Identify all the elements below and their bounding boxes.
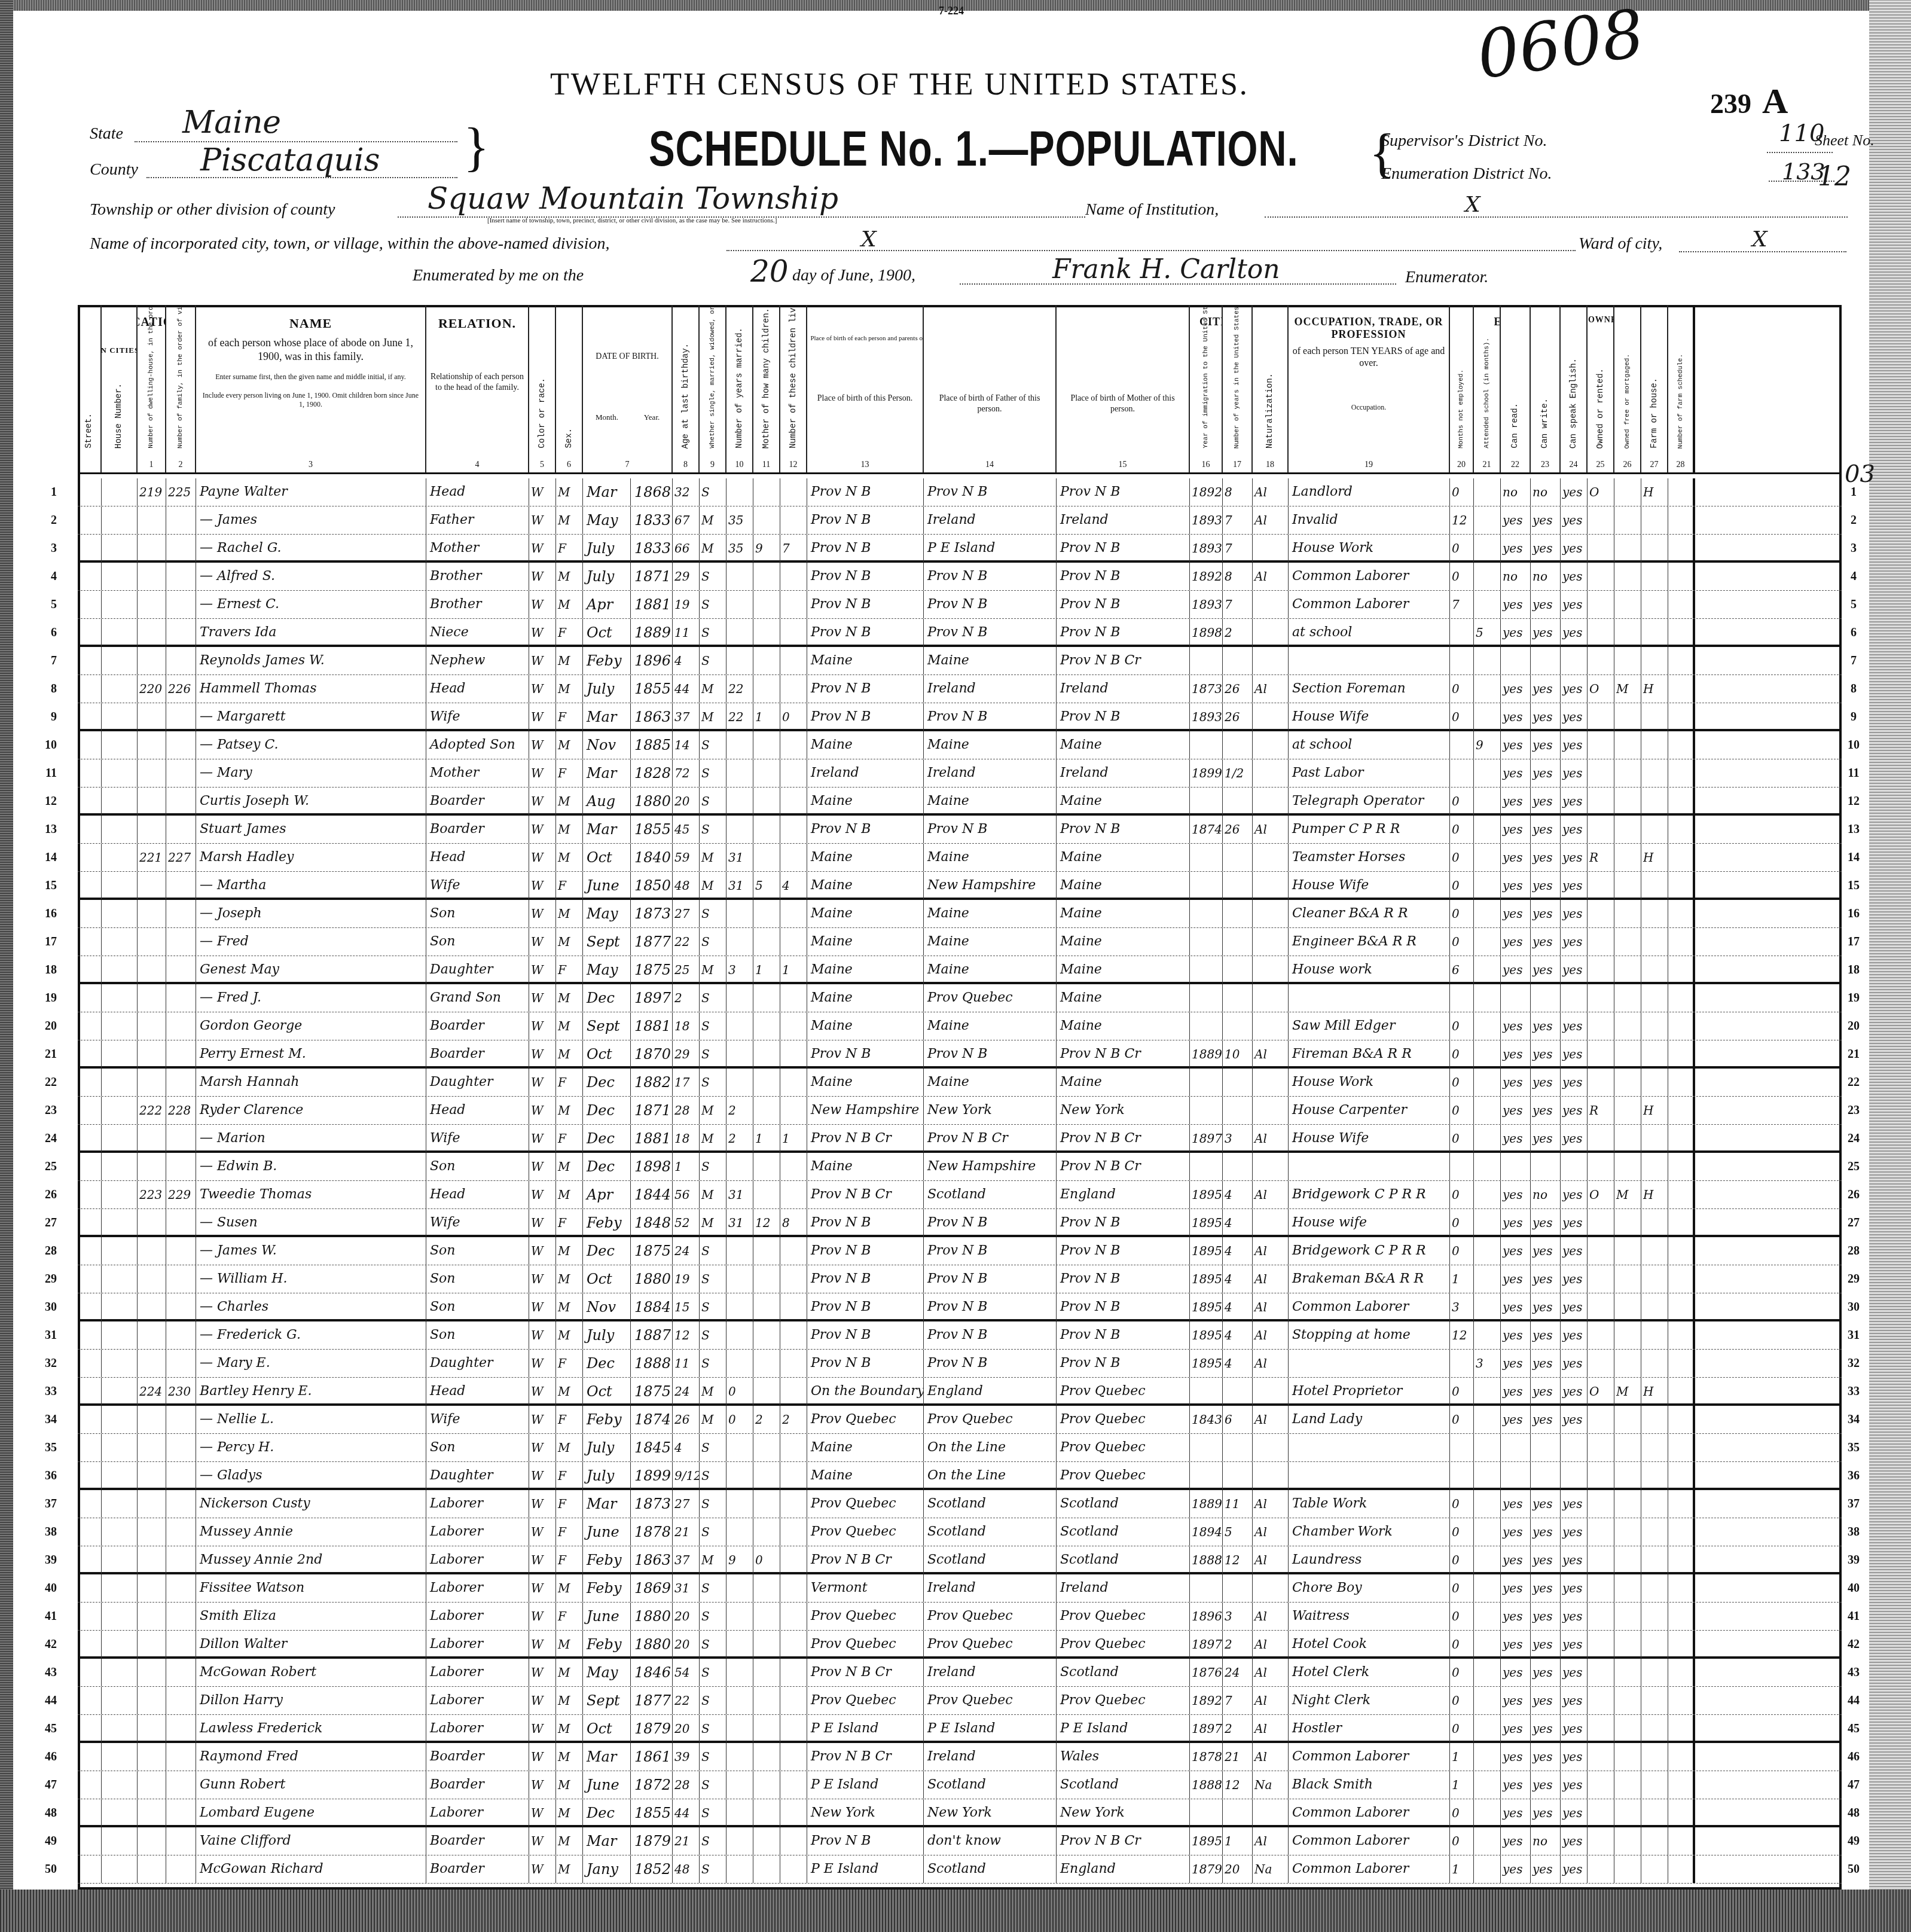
birthplace-father-cell: Ireland xyxy=(924,1743,1057,1771)
farm-schedule-cell xyxy=(1668,1293,1695,1321)
owned-rented-cell xyxy=(1588,1153,1614,1180)
table-row: 50McGowan RichardBoarderWMJany185248SP E… xyxy=(78,1855,1842,1884)
age-cell: 11 xyxy=(673,619,700,646)
dwelling-number-cell xyxy=(138,1799,166,1827)
mother-of-cell xyxy=(753,1603,780,1630)
can-write-cell: yes xyxy=(1531,619,1561,646)
years-married-cell xyxy=(726,788,753,815)
table-row: 22Marsh HannahDaughterWFDec188217SMaineM… xyxy=(78,1069,1842,1097)
marital-status-cell: S xyxy=(700,1237,726,1265)
birth-year-cell: 1870 xyxy=(631,1040,673,1068)
months-unemployed-cell xyxy=(1450,647,1474,674)
occupation-cell: Laundress xyxy=(1289,1546,1450,1574)
line-number-right: 7 xyxy=(1839,647,1869,674)
immigration-year-cell xyxy=(1190,1153,1223,1180)
farm-or-house-cell xyxy=(1641,1631,1668,1658)
occupation-cell: House Wife xyxy=(1289,1125,1450,1152)
marital-status-cell: S xyxy=(700,759,726,787)
marital-status-cell: S xyxy=(700,900,726,927)
birth-year-cell: 1881 xyxy=(631,591,673,618)
relation-cell: Boarder xyxy=(426,1012,529,1040)
age-cell: 20 xyxy=(673,1603,700,1630)
farm-schedule-cell xyxy=(1668,1434,1695,1461)
header-relation: RELATION.Relationship of each person to … xyxy=(426,305,529,472)
owned-free-cell xyxy=(1614,1659,1641,1686)
street-cell xyxy=(78,1012,102,1040)
age-cell: 25 xyxy=(673,956,700,984)
years-in-us-cell: 10 xyxy=(1223,1040,1253,1068)
farm-schedule-cell xyxy=(1668,1715,1695,1742)
family-number-cell xyxy=(166,1462,196,1490)
sex-cell: M xyxy=(556,928,583,956)
state-label: State xyxy=(90,124,123,144)
can-write-cell: yes xyxy=(1531,872,1561,899)
sex-cell: M xyxy=(556,731,583,759)
naturalization-cell xyxy=(1253,759,1289,787)
owned-rented-cell xyxy=(1588,1715,1614,1742)
owned-rented-cell: R xyxy=(1588,844,1614,871)
farm-or-house-cell xyxy=(1641,928,1668,956)
mother-of-cell xyxy=(753,759,780,787)
immigration-year-cell xyxy=(1190,1799,1223,1827)
birth-month-cell: June xyxy=(583,1603,631,1630)
birthplace-mother-cell: Maine xyxy=(1057,956,1190,984)
person-name-cell: — Alfred S. xyxy=(196,563,426,590)
birthplace-father-cell: don't know xyxy=(924,1827,1057,1855)
naturalization-cell: Al xyxy=(1253,1406,1289,1433)
naturalization-cell: Al xyxy=(1253,1293,1289,1321)
naturalization-cell xyxy=(1253,956,1289,984)
months-unemployed-cell: 0 xyxy=(1450,1237,1474,1265)
birth-month-cell: Feby xyxy=(583,1574,631,1602)
years-married-cell: 31 xyxy=(726,844,753,871)
can-read-cell: yes xyxy=(1501,872,1531,899)
occupation-cell xyxy=(1289,647,1450,674)
naturalization-cell: Na xyxy=(1253,1771,1289,1799)
marital-status-cell: M xyxy=(700,1125,726,1152)
birthplace-mother-cell: Prov N B xyxy=(1057,816,1190,843)
naturalization-cell xyxy=(1253,731,1289,759)
relation-cell: Son xyxy=(426,1293,529,1321)
sex-cell: M xyxy=(556,816,583,843)
dwelling-number-cell xyxy=(138,788,166,815)
marital-status-cell: S xyxy=(700,1659,726,1686)
table-row: 33224230Bartley Henry E.HeadWMOct187524M… xyxy=(78,1378,1842,1406)
attended-school-cell xyxy=(1474,647,1501,674)
can-read-cell: no xyxy=(1501,478,1531,506)
dwelling-number-cell xyxy=(138,900,166,927)
birthplace-father-cell: England xyxy=(924,1378,1057,1405)
dwelling-number-cell xyxy=(138,1687,166,1714)
can-write-cell: no xyxy=(1531,563,1561,590)
farm-schedule-cell xyxy=(1668,956,1695,984)
dwelling-number-cell xyxy=(138,928,166,956)
institution-line xyxy=(1265,216,1848,218)
can-write-cell: yes xyxy=(1531,956,1561,984)
owned-rented-cell: O xyxy=(1588,478,1614,506)
house-number-cell xyxy=(102,1743,138,1771)
owned-rented-cell xyxy=(1588,1603,1614,1630)
street-cell xyxy=(78,703,102,731)
birth-month-cell: Dec xyxy=(583,1069,631,1096)
owned-rented-cell xyxy=(1588,1827,1614,1855)
can-read-cell: yes xyxy=(1501,928,1531,956)
street-cell xyxy=(78,759,102,787)
table-row: 7Reynolds James W.NephewWMFeby18964SMain… xyxy=(78,647,1842,675)
years-married-cell xyxy=(726,619,753,646)
line-number-right: 5 xyxy=(1839,591,1869,618)
person-name-cell: Mussey Annie 2nd xyxy=(196,1546,426,1574)
person-name-cell: Reynolds James W. xyxy=(196,647,426,674)
birth-year-cell: 1875 xyxy=(631,1378,673,1405)
can-write-cell: yes xyxy=(1531,591,1561,618)
months-unemployed-cell: 0 xyxy=(1450,1659,1474,1686)
mother-of-cell xyxy=(753,1855,780,1883)
can-read-cell: yes xyxy=(1501,1181,1531,1208)
years-married-cell xyxy=(726,1631,753,1658)
house-number-cell xyxy=(102,1265,138,1293)
age-cell: 59 xyxy=(673,844,700,871)
person-name-cell: Curtis Joseph W. xyxy=(196,788,426,815)
birthplace-person-cell: Maine xyxy=(807,928,924,956)
owned-free-cell xyxy=(1614,759,1641,787)
age-cell: 48 xyxy=(673,1855,700,1883)
children-living-cell xyxy=(780,1434,807,1461)
marital-status-cell: S xyxy=(700,928,726,956)
birth-year-cell: 1896 xyxy=(631,647,673,674)
relation-cell: Boarder xyxy=(426,1827,529,1855)
age-cell: 67 xyxy=(673,506,700,534)
line-number-left: 30 xyxy=(21,1293,57,1321)
can-read-cell xyxy=(1501,1153,1531,1180)
attended-school-cell xyxy=(1474,1462,1501,1490)
occupation-cell: Common Laborer xyxy=(1289,563,1450,590)
can-read-cell: yes xyxy=(1501,506,1531,534)
months-unemployed-cell xyxy=(1450,619,1474,646)
attended-school-cell xyxy=(1474,928,1501,956)
years-married-cell xyxy=(726,1012,753,1040)
census-title: TWELFTH CENSUS OF THE UNITED STATES. xyxy=(550,67,1249,102)
attended-school-cell xyxy=(1474,1855,1501,1883)
family-number-cell xyxy=(166,1490,196,1518)
farm-or-house-cell xyxy=(1641,1659,1668,1686)
birthplace-person-cell: Maine xyxy=(807,1434,924,1461)
relation-cell: Head xyxy=(426,1181,529,1208)
birthplace-father-cell: Prov N B xyxy=(924,619,1057,646)
relation-cell: Laborer xyxy=(426,1518,529,1546)
years-in-us-cell: 11 xyxy=(1223,1490,1253,1518)
color-cell: W xyxy=(529,1097,556,1124)
occupation-cell: House wife xyxy=(1289,1209,1450,1237)
owned-rented-cell xyxy=(1588,1293,1614,1321)
farm-or-house-cell xyxy=(1641,1406,1668,1433)
table-row: 29— William H.SonWMOct188019SProv N BPro… xyxy=(78,1265,1842,1293)
sex-cell: M xyxy=(556,1097,583,1124)
owned-rented-cell xyxy=(1588,703,1614,731)
marital-status-cell: S xyxy=(700,984,726,1012)
birth-year-cell: 1850 xyxy=(631,872,673,899)
farm-or-house-cell xyxy=(1641,816,1668,843)
can-speak-english-cell: yes xyxy=(1561,788,1588,815)
table-row: 1219225Payne WalterHeadWMMar186832SProv … xyxy=(78,478,1842,506)
birthplace-person-cell: P E Island xyxy=(807,1771,924,1799)
farm-or-house-cell xyxy=(1641,1743,1668,1771)
attended-school-cell xyxy=(1474,1603,1501,1630)
dwelling-number-cell xyxy=(138,1574,166,1602)
line-number-left: 42 xyxy=(21,1631,57,1658)
scan-edge-bottom xyxy=(0,1890,1911,1932)
person-name-cell: Marsh Hannah xyxy=(196,1069,426,1096)
owned-free-cell xyxy=(1614,1827,1641,1855)
line-number-left: 16 xyxy=(21,900,57,927)
birthplace-father-cell: Prov Quebec xyxy=(924,984,1057,1012)
mother-of-cell xyxy=(753,1069,780,1096)
family-number-cell xyxy=(166,1855,196,1883)
can-write-cell: yes xyxy=(1531,1546,1561,1574)
age-cell: 31 xyxy=(673,1574,700,1602)
sex-cell: M xyxy=(556,900,583,927)
children-living-cell xyxy=(780,647,807,674)
farm-or-house-cell xyxy=(1641,1069,1668,1096)
birthplace-person-cell: Prov N B Cr xyxy=(807,1181,924,1208)
age-cell: 37 xyxy=(673,1546,700,1574)
immigration-year-cell: 1873 xyxy=(1190,675,1223,703)
naturalization-cell xyxy=(1253,1574,1289,1602)
line-number-right: 46 xyxy=(1839,1743,1869,1771)
attended-school-cell xyxy=(1474,1012,1501,1040)
sex-cell: M xyxy=(556,1687,583,1714)
years-married-cell xyxy=(726,1574,753,1602)
house-number-cell xyxy=(102,1771,138,1799)
months-unemployed-cell: 6 xyxy=(1450,956,1474,984)
birthplace-mother-cell: Prov N B Cr xyxy=(1057,647,1190,674)
months-unemployed-cell: 0 xyxy=(1450,1378,1474,1405)
age-cell: 26 xyxy=(673,1406,700,1433)
owned-free-cell xyxy=(1614,1687,1641,1714)
can-write-cell: yes xyxy=(1531,844,1561,871)
line-number-right: 3 xyxy=(1839,535,1869,562)
mother-of-cell xyxy=(753,816,780,843)
months-unemployed-cell: 0 xyxy=(1450,1631,1474,1658)
immigration-year-cell: 1889 xyxy=(1190,1040,1223,1068)
street-cell xyxy=(78,647,102,674)
street-cell xyxy=(78,816,102,843)
line-number-left: 7 xyxy=(21,647,57,674)
years-in-us-cell xyxy=(1223,956,1253,984)
occupation-cell: Common Laborer xyxy=(1289,1293,1450,1321)
years-married-cell xyxy=(726,984,753,1012)
birth-month-cell: Mar xyxy=(583,1827,631,1855)
birthplace-mother-cell: Wales xyxy=(1057,1743,1190,1771)
children-living-cell xyxy=(780,1518,807,1546)
owned-rented-cell xyxy=(1588,731,1614,759)
birth-year-cell: 1889 xyxy=(631,619,673,646)
owned-rented-cell xyxy=(1588,1631,1614,1658)
sex-cell: M xyxy=(556,1293,583,1321)
city-value: X xyxy=(861,227,877,252)
age-cell: 9/12 xyxy=(673,1462,700,1490)
can-read-cell: yes xyxy=(1501,1209,1531,1237)
mother-of-cell: 5 xyxy=(753,872,780,899)
color-cell: W xyxy=(529,956,556,984)
sex-cell: M xyxy=(556,1237,583,1265)
relation-cell: Mother xyxy=(426,759,529,787)
months-unemployed-cell: 0 xyxy=(1450,1406,1474,1433)
birth-month-cell: Feby xyxy=(583,1406,631,1433)
can-speak-english-cell: yes xyxy=(1561,675,1588,703)
birth-year-cell: 1879 xyxy=(631,1715,673,1742)
birth-month-cell: Oct xyxy=(583,1715,631,1742)
person-name-cell: Vaine Clifford xyxy=(196,1827,426,1855)
occupation-cell: Bridgework C P R R xyxy=(1289,1237,1450,1265)
dwelling-number-cell xyxy=(138,731,166,759)
sex-cell: F xyxy=(556,872,583,899)
immigration-year-cell: 1892 xyxy=(1190,478,1223,506)
years-in-us-cell: 8 xyxy=(1223,563,1253,590)
owned-free-cell xyxy=(1614,816,1641,843)
marital-status-cell: S xyxy=(700,1715,726,1742)
naturalization-cell: Al xyxy=(1253,1827,1289,1855)
marital-status-cell: S xyxy=(700,1350,726,1377)
owned-rented-cell xyxy=(1588,928,1614,956)
relation-cell: Laborer xyxy=(426,1574,529,1602)
years-in-us-cell: 1/2 xyxy=(1223,759,1253,787)
street-cell xyxy=(78,1771,102,1799)
table-row: 37Nickerson CustyLaborerWFMar187327SProv… xyxy=(78,1490,1842,1518)
mother-of-cell: 9 xyxy=(753,535,780,562)
family-number-cell xyxy=(166,1546,196,1574)
farm-or-house-cell xyxy=(1641,647,1668,674)
relation-cell: Boarder xyxy=(426,816,529,843)
mother-of-cell xyxy=(753,1040,780,1068)
table-header: Street. IN CITIES.House Number. LOCATION… xyxy=(78,305,1842,472)
city-label: Name of incorporated city, town, or vill… xyxy=(90,234,609,254)
person-name-cell: — Joseph xyxy=(196,900,426,927)
birthplace-mother-cell: Prov Quebec xyxy=(1057,1462,1190,1490)
line-number-right: 13 xyxy=(1839,816,1869,843)
can-write-cell: yes xyxy=(1531,1855,1561,1883)
farm-schedule-cell xyxy=(1668,1631,1695,1658)
line-number-left: 24 xyxy=(21,1125,57,1152)
line-number-right: 20 xyxy=(1839,1012,1869,1040)
family-number-cell xyxy=(166,1406,196,1433)
birthplace-father-cell: Prov Quebec xyxy=(924,1603,1057,1630)
dwelling-number-cell: 223 xyxy=(138,1181,166,1208)
page-reference: 239A xyxy=(1710,81,1788,122)
enumerator-line xyxy=(960,283,1396,285)
attended-school-cell xyxy=(1474,703,1501,731)
age-cell: 28 xyxy=(673,1771,700,1799)
relation-cell: Laborer xyxy=(426,1546,529,1574)
mother-of-cell xyxy=(753,1715,780,1742)
line-number-right: 32 xyxy=(1839,1350,1869,1377)
months-unemployed-cell: 0 xyxy=(1450,1827,1474,1855)
years-in-us-cell xyxy=(1223,731,1253,759)
marital-status-cell: M xyxy=(700,1209,726,1237)
farm-schedule-cell xyxy=(1668,872,1695,899)
table-body: 1219225Payne WalterHeadWMMar186832SProv … xyxy=(78,478,1842,1884)
farm-or-house-cell xyxy=(1641,1715,1668,1742)
birth-month-cell: Sept xyxy=(583,1012,631,1040)
family-number-cell xyxy=(166,1012,196,1040)
occupation-cell: Stopping at home xyxy=(1289,1321,1450,1349)
immigration-year-cell xyxy=(1190,956,1223,984)
years-in-us-cell: 4 xyxy=(1223,1350,1253,1377)
farm-or-house-cell xyxy=(1641,1827,1668,1855)
can-read-cell: yes xyxy=(1501,1827,1531,1855)
years-married-cell xyxy=(726,759,753,787)
line-number-left: 26 xyxy=(21,1181,57,1208)
can-write-cell xyxy=(1531,1434,1561,1461)
color-cell: W xyxy=(529,1855,556,1883)
months-unemployed-cell: 0 xyxy=(1450,816,1474,843)
attended-school-cell: 5 xyxy=(1474,619,1501,646)
years-married-cell: 31 xyxy=(726,1209,753,1237)
naturalization-cell: Al xyxy=(1253,816,1289,843)
family-number-cell xyxy=(166,1743,196,1771)
sex-cell: M xyxy=(556,1743,583,1771)
owned-free-cell xyxy=(1614,506,1641,534)
relation-cell: Boarder xyxy=(426,1040,529,1068)
owned-free-cell xyxy=(1614,1125,1641,1152)
occupation-cell: House Wife xyxy=(1289,872,1450,899)
children-living-cell xyxy=(780,759,807,787)
occupation-cell: Common Laborer xyxy=(1289,1827,1450,1855)
line-number-right: 1 xyxy=(1839,478,1869,506)
naturalization-cell xyxy=(1253,1069,1289,1096)
owned-rented-cell xyxy=(1588,1546,1614,1574)
owned-rented-cell xyxy=(1588,647,1614,674)
age-cell: 32 xyxy=(673,478,700,506)
relation-cell: Laborer xyxy=(426,1687,529,1714)
birthplace-mother-cell: Prov N B xyxy=(1057,619,1190,646)
sex-cell: F xyxy=(556,1125,583,1152)
street-cell xyxy=(78,1321,102,1349)
birthplace-mother-cell: Maine xyxy=(1057,844,1190,871)
marital-status-cell: M xyxy=(700,1097,726,1124)
years-in-us-cell xyxy=(1223,844,1253,871)
owned-rented-cell xyxy=(1588,1125,1614,1152)
can-write-cell: yes xyxy=(1531,759,1561,787)
mother-of-cell xyxy=(753,1350,780,1377)
age-cell: 54 xyxy=(673,1659,700,1686)
owned-rented-cell xyxy=(1588,1321,1614,1349)
color-cell: W xyxy=(529,731,556,759)
immigration-year-cell xyxy=(1190,647,1223,674)
house-number-cell xyxy=(102,1378,138,1405)
years-married-cell xyxy=(726,1265,753,1293)
years-married-cell xyxy=(726,1321,753,1349)
farm-or-house-cell xyxy=(1641,1603,1668,1630)
color-cell: W xyxy=(529,1406,556,1433)
can-write-cell xyxy=(1531,1462,1561,1490)
sex-cell: M xyxy=(556,1181,583,1208)
years-in-us-cell xyxy=(1223,1799,1253,1827)
farm-or-house-cell xyxy=(1641,1574,1668,1602)
years-married-cell xyxy=(726,478,753,506)
age-cell: 20 xyxy=(673,1715,700,1742)
occupation-cell: Chore Boy xyxy=(1289,1574,1450,1602)
immigration-year-cell: 1895 xyxy=(1190,1265,1223,1293)
line-number-left: 32 xyxy=(21,1350,57,1377)
marital-status-cell: S xyxy=(700,478,726,506)
owned-rented-cell xyxy=(1588,1799,1614,1827)
can-write-cell: yes xyxy=(1531,1490,1561,1518)
children-living-cell: 0 xyxy=(780,703,807,731)
immigration-year-cell: 1894 xyxy=(1190,1518,1223,1546)
farm-schedule-cell xyxy=(1668,984,1695,1012)
table-row: 41Smith ElizaLaborerWFJune188020SProv Qu… xyxy=(78,1603,1842,1631)
